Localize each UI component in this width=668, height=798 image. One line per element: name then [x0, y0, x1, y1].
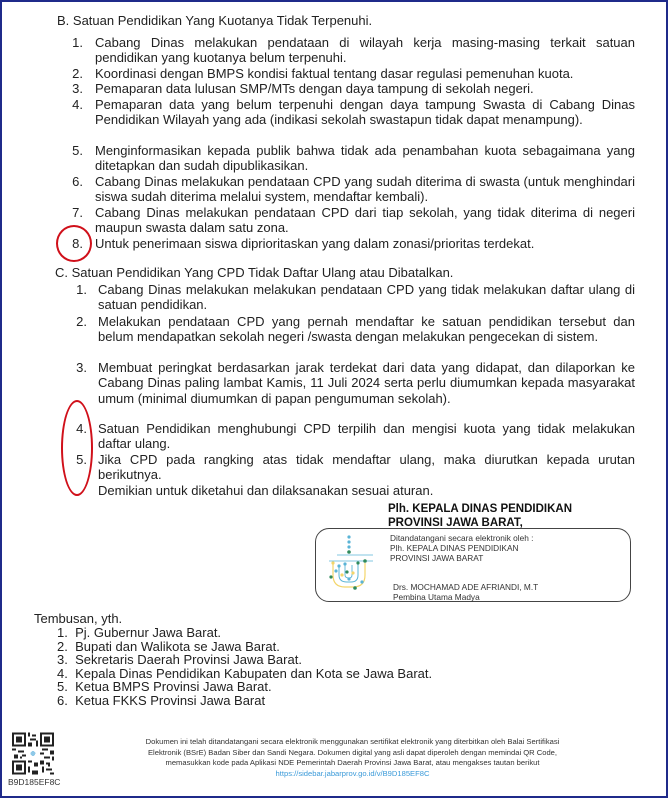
cc-item-3: 3. Sekretaris Daerah Provinsi Jawa Barat… — [57, 653, 302, 667]
cc-item-4: 4. Kepala Dinas Pendidikan Kabupaten dan… — [57, 667, 432, 681]
c-item-1-text: Cabang Dinas melakukan melakukan pendata… — [98, 282, 635, 313]
b-item-4-text: Pemaparan data yang belum terpenuhi deng… — [95, 97, 635, 128]
b-item-7-number: 7. — [63, 205, 83, 220]
c-item-3-number: 3. — [67, 360, 87, 375]
cc-item-5: 5. Ketua BMPS Provinsi Jawa Barat. — [57, 680, 272, 694]
b-item-6-text: Cabang Dinas melakukan pendataan CPD yan… — [95, 174, 635, 205]
section-b-heading: B. Satuan Pendidikan Yang Kuotanya Tidak… — [57, 13, 372, 28]
notice-line-1: Dokumen ini telah ditandatangani secara … — [80, 737, 625, 748]
signed-by-label: Ditandatangani secara elektronik oleh : — [390, 533, 533, 543]
cc-item-6: 6. Ketua FKKS Provinsi Jawa Barat — [57, 694, 265, 708]
red-circle-annotation-c4-c5 — [61, 400, 93, 496]
cc-item-number: 6. — [57, 693, 68, 708]
c-item-2-text: Melakukan pendataan CPD yang pernah mend… — [98, 314, 635, 345]
cc-item-1: 1. Pj. Gubernur Jawa Barat. — [57, 626, 221, 640]
signer-rank: Pembina Utama Madya — [393, 592, 480, 602]
electronic-signature-notice: Dokumen ini telah ditandatangani secara … — [80, 737, 625, 779]
c-item-5-text: Jika CPD pada rangking atas tidak mendaf… — [98, 452, 635, 483]
cc-item-text: Ketua FKKS Provinsi Jawa Barat — [75, 693, 265, 708]
qr-code-icon[interactable] — [12, 732, 54, 775]
c-item-3-text: Membuat peringkat berdasarkan jarak terd… — [98, 360, 635, 406]
signature-title-line1: Plh. KEPALA DINAS PENDIDIKAN — [388, 503, 572, 517]
signer-name: Drs. MOCHAMAD ADE AFRIANDI, M.T — [393, 582, 538, 592]
b-item-5-text: Menginformasikan kepada publik bahwa tid… — [95, 143, 635, 174]
notice-line-2: Elektronik (BSrE) Badan Siber dan Sandi … — [80, 748, 625, 759]
signed-role-line2: PROVINSI JAWA BARAT — [390, 553, 483, 563]
qr-verification-code: B9D185EF8C — [8, 777, 60, 787]
red-circle-annotation-b8 — [56, 225, 92, 262]
b-item-8-text: Untuk penerimaan siswa diprioritaskan ya… — [95, 236, 635, 251]
b-item-2-number: 2. — [63, 66, 83, 81]
cc-item-2: 2. Bupati dan Walikota se Jawa Barat. — [57, 640, 280, 654]
b-item-7-text: Cabang Dinas melakukan pendataan CPD dar… — [95, 205, 635, 236]
closing-statement: Demikian untuk diketahui dan dilaksanaka… — [98, 483, 433, 498]
b-item-1-number: 1. — [63, 35, 83, 50]
section-c-heading: C. Satuan Pendidikan Yang CPD Tidak Daft… — [55, 265, 453, 280]
signed-role-line1: Plh. KEPALA DINAS PENDIDIKAN — [390, 543, 519, 553]
b-item-1-text: Cabang Dinas melakukan pendataan di wila… — [95, 35, 635, 66]
b-item-6-number: 6. — [63, 174, 83, 189]
c-item-4-text: Satuan Pendidikan menghubungi CPD terpil… — [98, 421, 635, 452]
b-item-3-text: Pemaparan data lulusan SMP/MTs dengan da… — [95, 81, 635, 96]
b-item-5-number: 5. — [63, 143, 83, 158]
bsre-signature-logo-icon — [327, 533, 377, 593]
signature-title: Plh. KEPALA DINAS PENDIDIKAN PROVINSI JA… — [388, 503, 572, 530]
notice-line-3: memasukkan kode pada Aplikasi NDE Pemeri… — [80, 758, 625, 769]
c-item-2-number: 2. — [67, 314, 87, 329]
b-item-2-text: Koordinasi dengan BMPS kondisi faktual t… — [95, 66, 635, 81]
verification-link[interactable]: https://sidebar.jabarprov.go.id/v/B9D185… — [80, 769, 625, 780]
c-item-1-number: 1. — [67, 282, 87, 297]
b-item-3-number: 3. — [63, 81, 83, 96]
b-item-4-number: 4. — [63, 97, 83, 112]
cc-title: Tembusan, yth. — [34, 611, 122, 626]
